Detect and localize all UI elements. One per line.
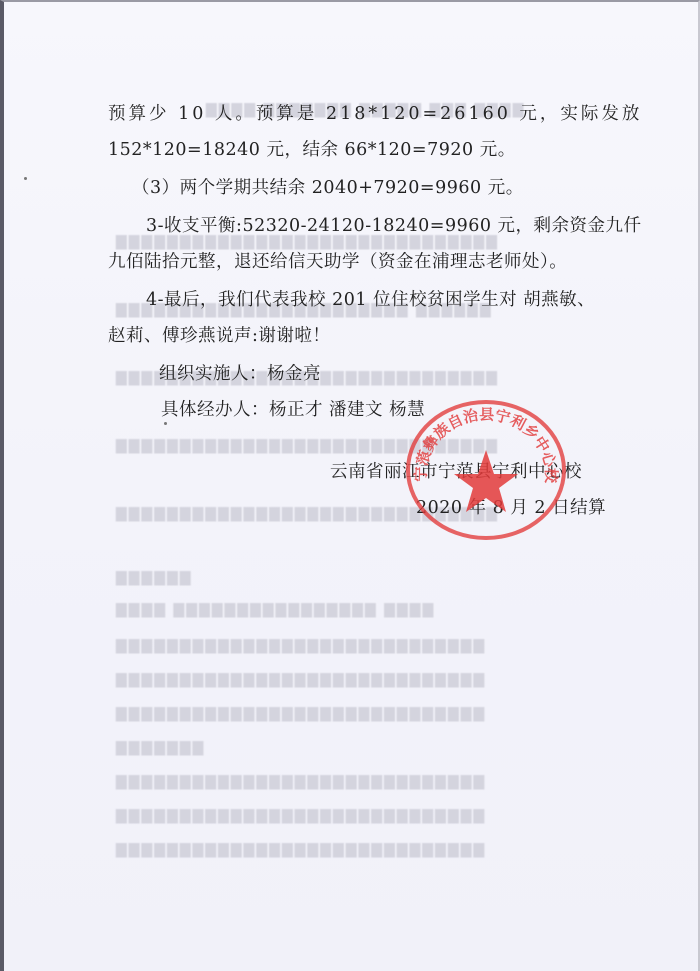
bleed-through-text: ▇▇▇▇▇▇▇▇▇▇▇▇▇▇▇▇▇▇▇▇▇▇▇▇▇▇▇▇▇	[114, 808, 484, 824]
body-line-6: 4-最后，我们代表我校 201 位住校贫困学生对 胡燕敏、	[146, 286, 595, 311]
body-line-1: 预算少 10 人。预算是 218*120=26160 元，实际发放	[108, 100, 642, 125]
scan-speck	[24, 177, 27, 180]
bleed-through-text: ▇▇▇▇▇▇▇▇▇▇▇▇▇▇▇▇▇▇▇▇▇▇▇▇▇▇▇▇▇	[114, 638, 484, 654]
signature-organization: 云南省丽江市宁蒗县宁利中心校	[330, 458, 582, 483]
signature-date: 2020 年 8 月 2 日结算	[416, 494, 606, 519]
handlers-line: 具体经办人：杨正才 潘建文 杨慧	[161, 396, 425, 421]
organizer-line: 组织实施人：杨金亮	[159, 360, 321, 385]
bleed-through-text: ▇▇▇▇▇▇	[114, 570, 191, 586]
body-line-5: 九佰陆拾元整，退还给信天助学（资金在浦理志老师处）。	[108, 248, 567, 273]
body-line-3: （3）两个学期共结余 2040+7920=9960 元。	[132, 174, 524, 199]
body-line-4: 3-收支平衡:52320-24120-18240=9960 元，剩余资金九仟	[146, 212, 642, 237]
scanned-document-page: ▇▇▇▇ ▇▇▇ ▇▇▇▇▇ ▇▇▇▇▇▇▇ ▇▇▇▇ ▇▇▇▇▇▇▇▇▇▇▇▇…	[0, 0, 700, 971]
bleed-through-text: ▇▇▇▇ ▇▇▇▇▇▇▇▇▇▇▇▇▇▇▇▇ ▇▇▇▇	[114, 602, 433, 618]
bleed-through-text: ▇▇▇▇▇▇▇▇▇▇▇▇▇▇▇▇▇▇▇▇▇▇▇▇▇▇▇▇▇	[114, 774, 484, 790]
body-line-2: 152*120=18240 元，结余 66*120=7920 元。	[108, 136, 516, 161]
body-line-7: 赵莉、傅珍燕说声:谢谢啦！	[108, 322, 330, 347]
bleed-through-text: ▇▇▇▇▇▇▇▇▇▇▇▇▇▇▇▇▇▇▇▇▇▇▇▇▇▇▇▇▇	[114, 672, 484, 688]
bleed-through-text: ▇▇▇▇▇▇▇	[114, 740, 203, 756]
scan-speck	[164, 422, 167, 425]
bleed-through-text: ▇▇▇▇▇▇▇▇▇▇▇▇▇▇▇▇▇▇▇▇▇▇▇▇▇▇▇▇▇▇	[114, 438, 497, 454]
bleed-through-text: ▇▇▇▇▇▇▇▇▇▇▇▇▇▇▇▇▇▇▇▇▇▇▇▇▇▇▇▇▇	[114, 842, 484, 858]
bleed-through-text: ▇▇▇▇▇▇▇▇▇▇▇▇▇▇▇▇▇▇▇▇▇▇▇▇▇▇▇▇▇	[114, 706, 484, 722]
